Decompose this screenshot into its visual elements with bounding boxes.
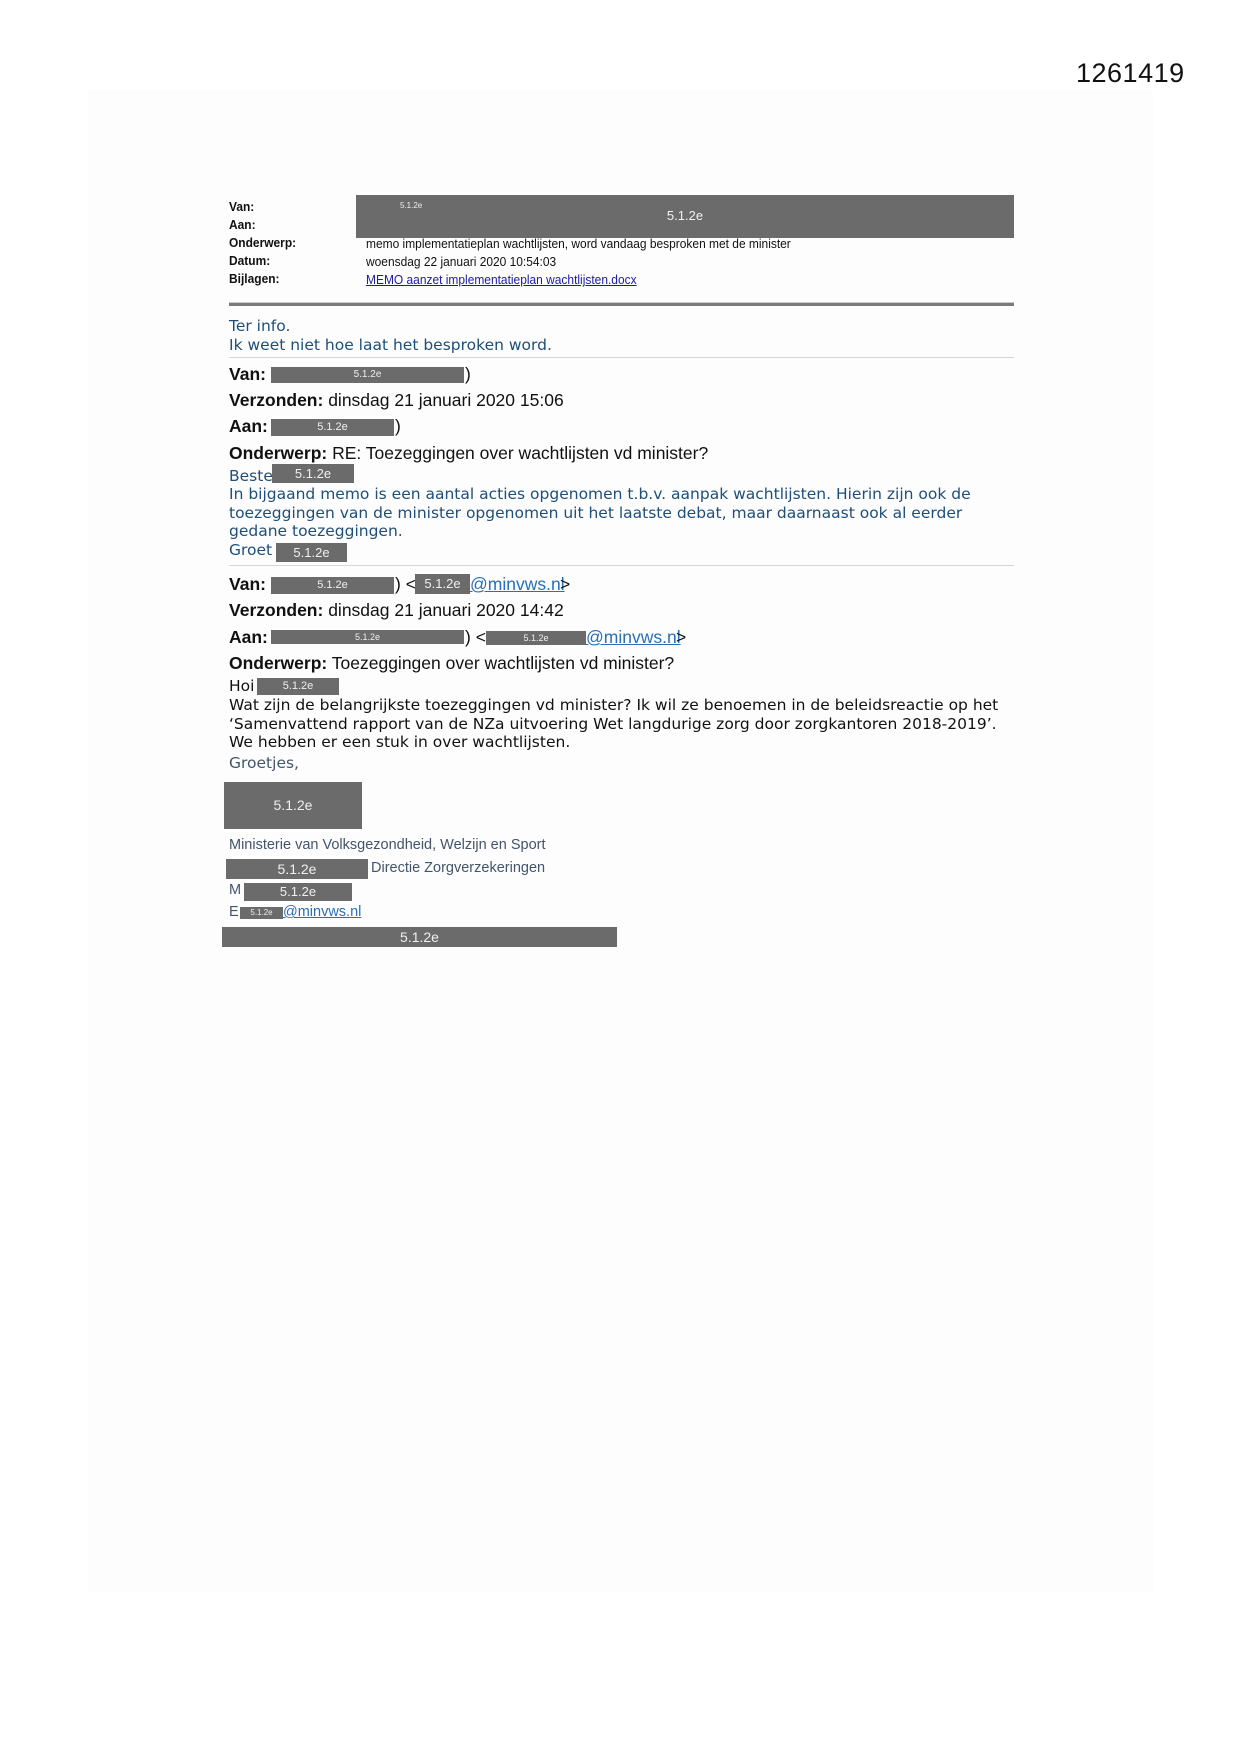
attachment-link[interactable]: MEMO aanzet implementatieplan wachtlijst… [366, 272, 637, 287]
message-3-to-redaction: 5.1.2e [271, 630, 464, 644]
message-3-body: Wat zijn de belangrijkste toezeggingen v… [229, 696, 1019, 752]
message-3-from-end: > [560, 574, 570, 595]
message-3-from-email-redaction: 5.1.2e [415, 574, 470, 594]
sent-label: Verzonden: [229, 390, 323, 410]
message-2-greeting-redaction: 5.1.2e [272, 464, 354, 483]
message-3-to-end: > [676, 627, 686, 648]
from-to-redaction: 5.1.2e 5.1.2e [356, 195, 1014, 238]
sent-label: Verzonden: [229, 600, 323, 620]
message-2-greeting: Beste [229, 467, 273, 485]
message-2-from-redaction: 5.1.2e [271, 367, 464, 383]
subject-value: memo implementatieplan wachtlijsten, wor… [366, 236, 791, 251]
message-2-from-suffix: ) [465, 364, 471, 385]
from-label: Van: [229, 574, 266, 594]
signature-mobile-redaction: 5.1.2e [244, 883, 352, 901]
message-3-sent: Verzonden: dinsdag 21 januari 2020 14:42 [229, 600, 564, 621]
message-3-to-email-redaction: 5.1.2e [486, 631, 586, 645]
sent-value: dinsdag 21 januari 2020 15:06 [328, 390, 563, 410]
signature-footer-redaction: 5.1.2e [222, 927, 617, 947]
subject-value: RE: Toezeggingen over wachtlijsten vd mi… [332, 443, 708, 463]
subject-label: Onderwerp: [229, 653, 327, 673]
date-label: Datum: [229, 253, 270, 268]
signature-ministry: Ministerie van Volksgezondheid, Welzijn … [229, 837, 546, 853]
header-divider [229, 302, 1014, 306]
message-1-line-2: Ik weet niet hoe laat het besproken word… [229, 336, 552, 354]
signature-name-redaction: 5.1.2e [224, 782, 362, 829]
message-3-to: Aan: [229, 627, 268, 648]
message-2-closing-redaction: 5.1.2e [276, 543, 347, 562]
redaction-code: 5.1.2e [356, 208, 1014, 223]
subject-label: Onderwerp: [229, 443, 327, 463]
sent-value: dinsdag 21 januari 2020 14:42 [328, 600, 563, 620]
signature-mobile-prefix: M [229, 882, 241, 898]
message-2-to-suffix: ) [395, 416, 401, 437]
attachments-label: Bijlagen: [229, 271, 280, 286]
from-label: Van: [229, 364, 266, 384]
signature-department: Directie Zorgverzekeringen [371, 860, 545, 876]
signature-email-redaction: 5.1.2e [240, 907, 283, 919]
subject-value: Toezeggingen over wachtlijsten vd minist… [332, 653, 674, 673]
message-3-from-mid: ) < [395, 574, 416, 595]
subject-label: Onderwerp: [229, 235, 296, 250]
message-3-from-redaction: 5.1.2e [271, 577, 394, 594]
message-2-body: In bijgaand memo is een aantal acties op… [229, 485, 1019, 541]
message-1-line-1: Ter info. [229, 317, 290, 335]
message-3-from: Van: [229, 574, 266, 595]
message-3-greeting: Hoi [229, 677, 254, 695]
signature-email-prefix: E [229, 904, 239, 920]
document-number: 1261419 [1076, 58, 1185, 89]
date-value: woensdag 22 januari 2020 10:54:03 [366, 254, 556, 269]
message-divider-2 [229, 565, 1014, 566]
to-label: Aan: [229, 627, 268, 647]
signature-email-link[interactable]: @minvws.nl [283, 904, 361, 920]
message-2-sent: Verzonden: dinsdag 21 januari 2020 15:06 [229, 390, 564, 411]
message-2-to-redaction: 5.1.2e [271, 419, 394, 436]
to-label: Aan: [229, 416, 268, 436]
message-3-closing: Groetjes, [229, 754, 299, 772]
message-2-from: Van: [229, 364, 266, 385]
from-label: Van: [229, 199, 254, 214]
message-2-subject: Onderwerp: RE: Toezeggingen over wachtli… [229, 443, 708, 464]
signature-dept-redaction: 5.1.2e [226, 859, 368, 879]
message-3-to-mid: ) < [465, 627, 486, 648]
message-3-to-email-link[interactable]: @minvws.nl [586, 627, 681, 648]
message-divider-1 [229, 357, 1014, 358]
message-3-subject: Onderwerp: Toezeggingen over wachtlijste… [229, 653, 674, 674]
message-2-to: Aan: [229, 416, 268, 437]
to-label: Aan: [229, 217, 256, 232]
message-3-greeting-redaction: 5.1.2e [257, 678, 339, 695]
message-3-from-email-link[interactable]: @minvws.nl [470, 574, 565, 595]
message-2-closing: Groet [229, 541, 272, 559]
